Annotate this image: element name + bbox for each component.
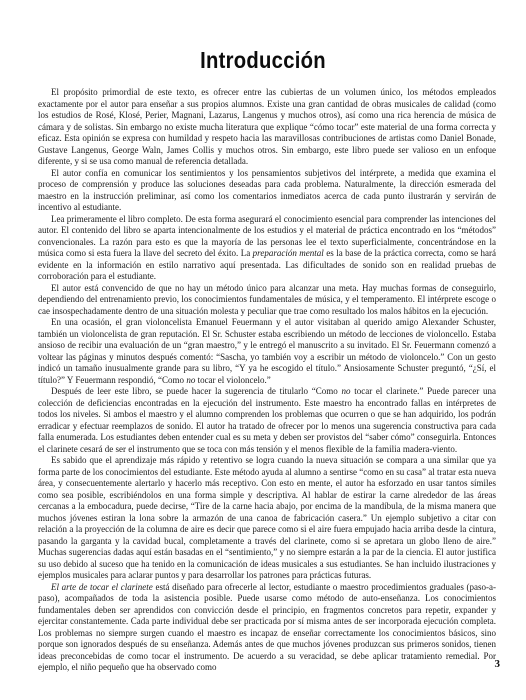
text-run: Después de leer este libro, se puede hac…: [51, 386, 342, 396]
paragraph: El propósito primordial de este texto, e…: [38, 87, 496, 168]
page-number: 3: [495, 658, 501, 670]
text-run: El propósito primordial de este texto, e…: [38, 87, 496, 166]
paragraph: Después de leer este libro, se puede hac…: [38, 386, 496, 455]
text-run: El autor está convencido de que no hay u…: [38, 283, 496, 316]
paragraph: El arte de tocar el clarinete está diseñ…: [38, 582, 496, 674]
italic-text-run: no: [342, 386, 351, 396]
italic-text-run: preparación mental: [253, 248, 324, 258]
text-run: Es sabido que el aprendizaje más rápido …: [38, 455, 496, 580]
paragraph: Es sabido que el aprendizaje más rápido …: [38, 455, 496, 582]
italic-text-run: El arte de tocar el clarinete: [51, 582, 153, 592]
paragraph: El autor confía en comunicar los sentimi…: [38, 168, 496, 214]
paragraph: En una ocasión, el gran violoncelista Em…: [38, 317, 496, 386]
italic-text-run: no: [186, 375, 195, 385]
text-run: El autor confía en comunicar los sentimi…: [38, 168, 496, 213]
text-run: tocar el clarinete.” Puede parecer una c…: [38, 386, 496, 454]
text-run: está diseñado para ofrecerle al lector, …: [38, 582, 496, 673]
page-body: El propósito primordial de este texto, e…: [38, 87, 496, 674]
text-run: tocar el violoncelo.”: [195, 375, 270, 385]
paragraph: Lea primeramente el libro completo. De e…: [38, 214, 496, 283]
paragraph: El autor está convencido de que no hay u…: [38, 283, 496, 318]
page-title: Introducción: [32, 49, 495, 72]
book-page: Introducción El propósito primordial de …: [0, 0, 526, 700]
